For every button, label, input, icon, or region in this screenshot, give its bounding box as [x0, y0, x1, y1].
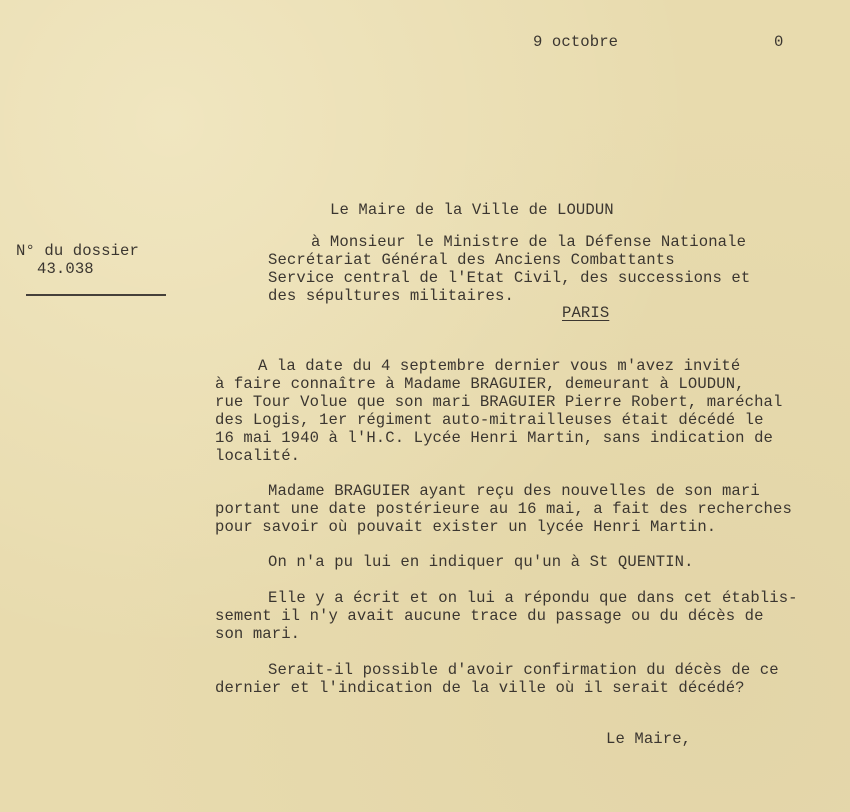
recipient-city: PARIS — [562, 304, 609, 322]
letter-date: 9 octobre — [533, 33, 618, 51]
paragraph-4-line-3: son mari. — [215, 625, 300, 643]
paragraph-1-line-2: à faire connaître à Madame BRAGUIER, dem… — [215, 375, 745, 393]
paragraph-4-line-2: sement il n'y avait aucune trace du pass… — [215, 607, 764, 625]
paragraph-5-line-2: dernier et l'indication de la ville où i… — [215, 679, 745, 697]
paragraph-4-line-1: Elle y a écrit et on lui a répondu que d… — [268, 589, 798, 607]
paragraph-1-line-3: rue Tour Volue que son mari BRAGUIER Pie… — [215, 393, 782, 411]
recipient-line-2: Secrétariat Général des Anciens Combatta… — [268, 251, 675, 269]
sender-line: Le Maire de la Ville de LOUDUN — [330, 201, 614, 219]
paragraph-5-line-1: Serait-il possible d'avoir confirmation … — [268, 661, 779, 679]
paragraph-1-line-4: des Logis, 1er régiment auto-mitrailleus… — [215, 411, 764, 429]
recipient-line-1: à Monsieur le Ministre de la Défense Nat… — [311, 233, 746, 251]
paragraph-1-line-6: localité. — [215, 447, 300, 465]
signature: Le Maire, — [606, 730, 691, 748]
paragraph-1-line-1: A la date du 4 septembre dernier vous m'… — [258, 357, 740, 375]
paragraph-2-line-1: Madame BRAGUIER ayant reçu des nouvelles… — [268, 482, 760, 500]
paragraph-2-line-3: pour savoir où pouvait exister un lycée … — [215, 518, 716, 536]
dossier-label: N° du dossier — [16, 242, 139, 260]
paragraph-3-line-1: On n'a pu lui en indiquer qu'un à St QUE… — [268, 553, 694, 571]
recipient-line-4: des sépultures militaires. — [268, 287, 514, 305]
dossier-divider — [26, 294, 166, 296]
letter-year-fragment: 0 — [774, 33, 783, 51]
paragraph-2-line-2: portant une date postérieure au 16 mai, … — [215, 500, 792, 518]
recipient-line-3: Service central de l'Etat Civil, des suc… — [268, 269, 750, 287]
letter-page: 9 octobre 0 N° du dossier 43.038 Le Mair… — [0, 0, 850, 812]
dossier-number: 43.038 — [37, 260, 94, 278]
paragraph-1-line-5: 16 mai 1940 à l'H.C. Lycée Henri Martin,… — [215, 429, 773, 447]
